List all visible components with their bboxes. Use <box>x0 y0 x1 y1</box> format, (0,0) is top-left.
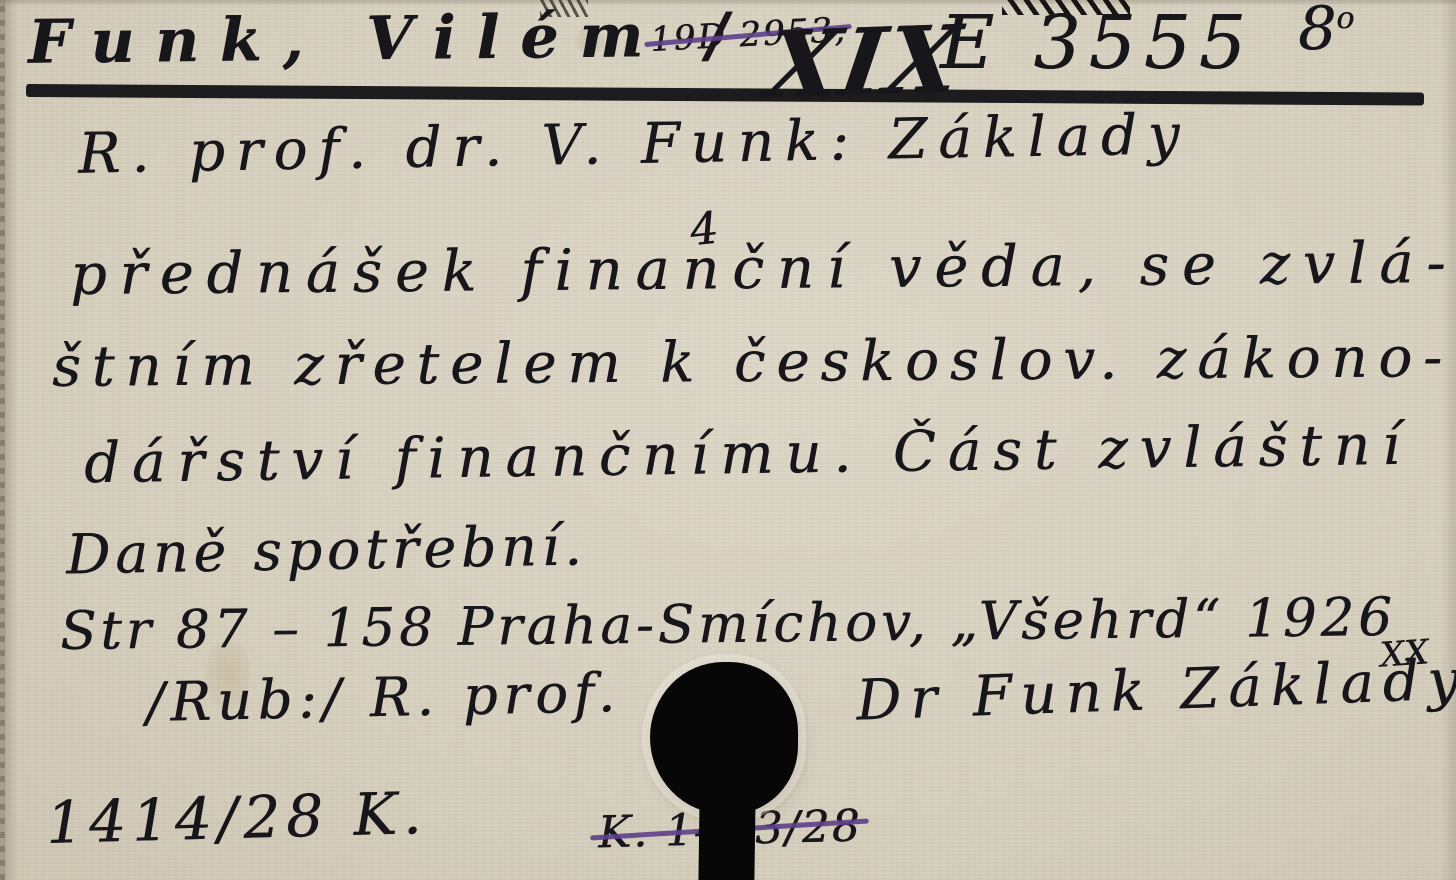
body-line-title-start: R. prof. dr. V. Funk: Základy <box>78 102 1191 186</box>
format-degree-mark: o <box>1336 1 1354 36</box>
punch-hole-stem <box>698 792 755 880</box>
catalog-card: Funk, Vilém / 19D 2953, XIX E 3555 8o R.… <box>0 0 1456 880</box>
body-line-title-4: dářství finančnímu. Část zvláštní <box>84 413 1413 497</box>
format-number: 8 <box>1298 0 1336 64</box>
verso-note-superscript: XX <box>1379 632 1430 675</box>
header-underline-rule <box>26 84 1424 106</box>
body-line-title-3: štním zřetelem k českoslov. zákono- <box>52 325 1453 400</box>
author-heading: Funk, Vilém / <box>28 0 749 78</box>
class-number-roman: XIX <box>760 5 968 120</box>
format-notation: 8o <box>1298 0 1354 64</box>
left-scan-edge-line <box>0 0 5 880</box>
accession-number: 1414/28 K. <box>45 779 428 857</box>
body-line-title-2: přednášek finanční věda, se zvlá- <box>70 230 1456 308</box>
body-line-imprint: Str 87 – 158 Praha-Smíchov, „Všehrd“ 192… <box>60 587 1396 662</box>
right-scan-edge <box>1442 0 1456 880</box>
body-line-verso-note-right: Dr Funk Základy <box>855 647 1456 733</box>
body-line-verso-note-left: /Rub:/ R. prof. <box>145 661 621 734</box>
body-line-title-5: Daně spotřební. <box>65 513 587 586</box>
shelfmark: E 3555 <box>940 0 1254 86</box>
